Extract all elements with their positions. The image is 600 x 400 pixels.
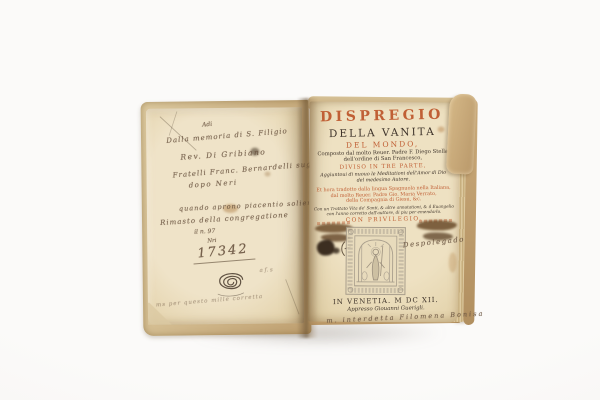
studio-photo-background: Adi Dalla memoria di S. Filigio Rev. Di … xyxy=(0,0,600,400)
title-line: DISPREGIO xyxy=(307,106,457,125)
handwritten-line: Nri xyxy=(207,238,216,244)
open-antique-book: Adi Dalla memoria di S. Filigio Rev. Di … xyxy=(142,96,480,344)
ink-smear xyxy=(417,220,457,230)
curled-cover-corner xyxy=(446,93,477,174)
ink-blot xyxy=(317,240,335,256)
handwritten-mark: a f. s xyxy=(259,267,273,274)
handwritten-line: Adi xyxy=(202,121,213,129)
flyleaf-page: Adi Dalla memoria di S. Filigio Rev. Di … xyxy=(146,107,304,325)
foxing-stain xyxy=(265,172,271,177)
title-page: DISPREGIO DELLA VANITA DEL MONDO, Compos… xyxy=(308,101,460,322)
foxing-stain xyxy=(438,126,445,132)
printers-device-woodcut xyxy=(344,226,406,296)
book-gutter-shadow xyxy=(297,98,318,338)
handwritten-line: il n. 97 xyxy=(194,228,215,236)
